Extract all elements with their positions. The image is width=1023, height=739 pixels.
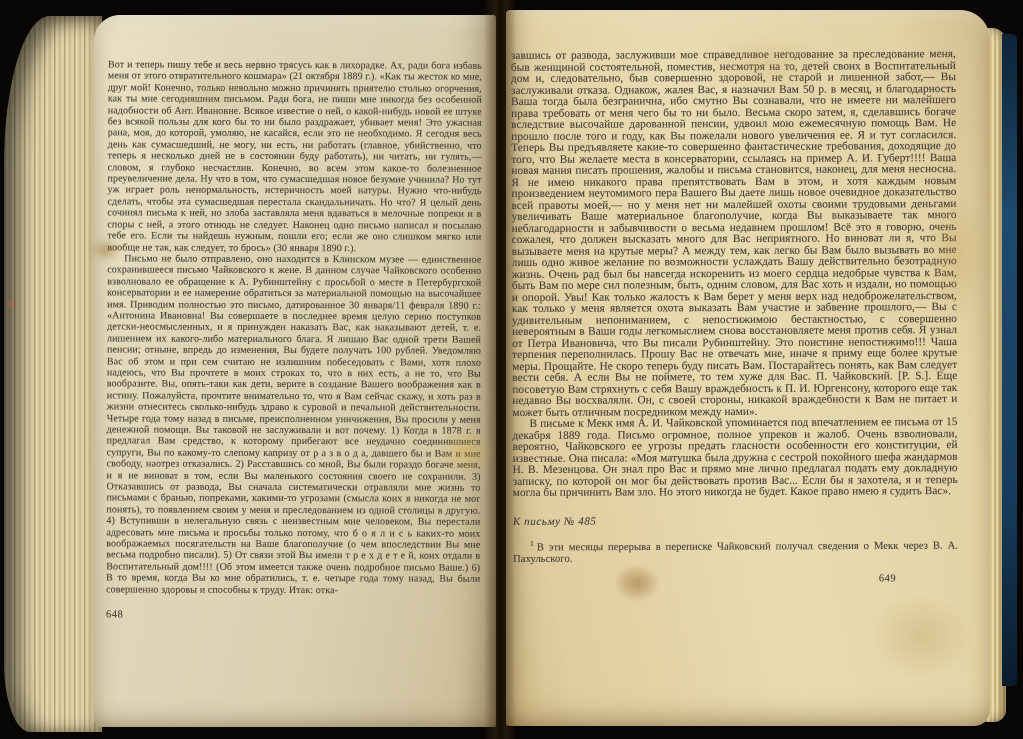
page-number-right: 649 — [513, 573, 958, 586]
paragraph: Письмо не было отправлено, оно находится… — [106, 253, 481, 596]
right-page-text: завшись от развода, заслуживши мое справ… — [511, 49, 958, 587]
footnote-text: В эти месяцы перерыва в переписке Чайков… — [513, 541, 958, 566]
paragraph: завшись от развода, заслуживши мое справ… — [511, 49, 958, 419]
paragraph: Вот и теперь пишу тебе и весь нервно тря… — [107, 59, 482, 254]
footnote: 1В эти месяцы перерыва в переписке Чайко… — [513, 536, 958, 566]
paragraph: В письме к Мекк имя А. И. Чайковской упо… — [512, 417, 957, 499]
page-edge-stack-left — [4, 16, 102, 732]
footnote-marker: 1 — [530, 539, 534, 548]
section-heading: К письму № 485 — [513, 515, 958, 528]
open-book-photo: Вот и теперь пишу тебе и весь нервно тря… — [0, 0, 1023, 739]
page-number-left: 648 — [106, 609, 480, 622]
left-page-text: Вот и теперь пишу тебе и весь нервно тря… — [106, 59, 482, 622]
book-cover-edge — [1002, 34, 1017, 686]
